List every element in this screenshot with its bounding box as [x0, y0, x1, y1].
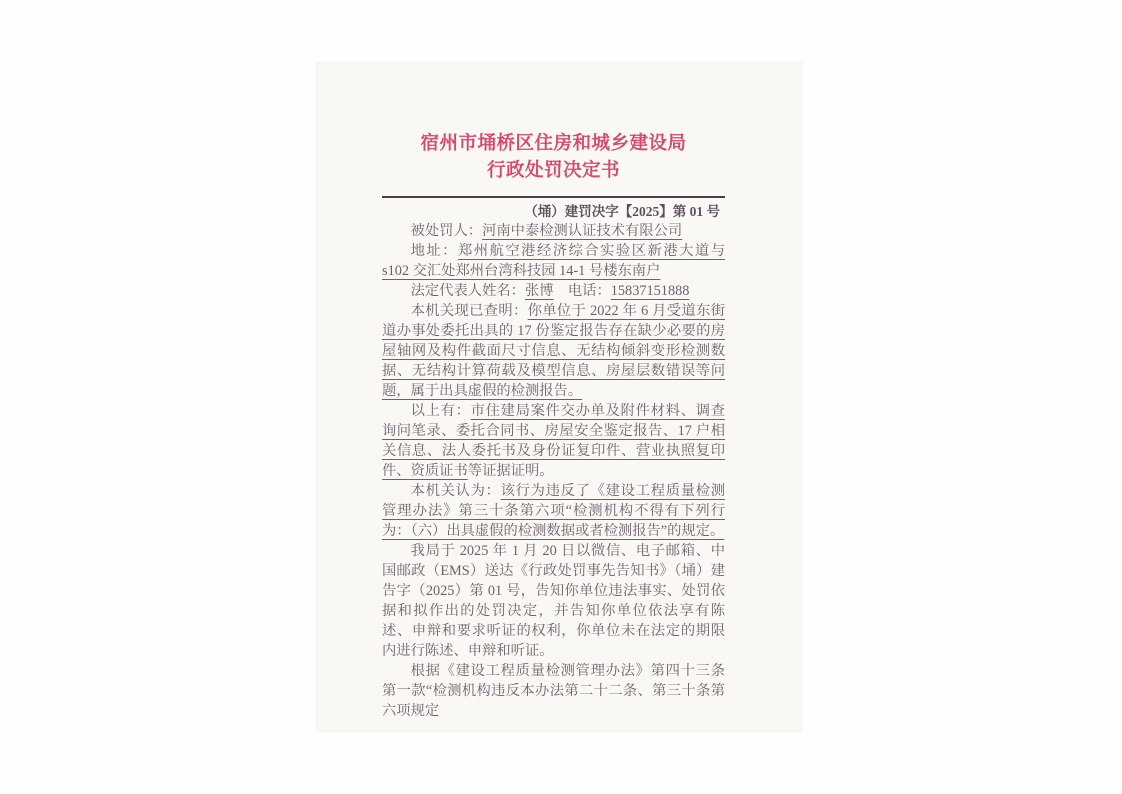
paragraph: 地址：郑州航空港经济综合实验区新港大道与 s102 交汇处郑州台湾科技园 14-… — [382, 241, 725, 281]
scan-canvas: 宿州市埇桥区住房和城乡建设局 行政处罚决定书 （埇）建罚决字【2025】第 01… — [0, 0, 1122, 794]
paragraph: 以上有：市住建局案件交办单及附件材料、调查询问笔录、委托合同书、房屋安全鉴定报告… — [382, 401, 725, 481]
document-page: 宿州市埇桥区住房和城乡建设局 行政处罚决定书 （埇）建罚决字【2025】第 01… — [316, 62, 802, 732]
document-number: （埇）建罚决字【2025】第 01 号 — [382, 203, 720, 221]
paragraph: 根据《建设工程质量检测管理办法》第四十三条第一款“检测机构违反本办法第二十二条、… — [382, 661, 725, 721]
plain-text: 法定代表人姓名： — [411, 283, 525, 299]
paragraph: 被处罚人：河南中泰检测认证技术有限公司 — [382, 221, 725, 241]
plain-text: 我局于 2025 年 1 月 20 日以微信、电子邮箱、中国邮政（EMS）送达《… — [382, 543, 725, 659]
underlined-text: 15837151888 — [611, 283, 690, 299]
plain-text: 根据《建设工程质量检测管理办法》第四十三条第一款“检测机构违反本办法第二十二条、… — [382, 663, 725, 719]
paragraph: 我局于 2025 年 1 月 20 日以微信、电子邮箱、中国邮政（EMS）送达《… — [382, 541, 725, 661]
plain-text: 地址： — [411, 243, 458, 259]
plain-text: 被处罚人： — [411, 223, 482, 239]
paragraph: 本机关认为：该行为违反了《建设工程质量检测管理办法》第三十条第六项“检测机构不得… — [382, 481, 725, 541]
header-separator-line — [382, 196, 725, 198]
paragraph: 本机关现已查明：你单位于 2022 年 6 月受道东街道办事处委托出具的 17 … — [382, 301, 725, 401]
plain-text: 等证据证明。 — [468, 463, 554, 479]
plain-text: 本机关现已查明： — [411, 303, 528, 319]
document-body: 被处罚人：河南中泰检测认证技术有限公司地址：郑州航空港经济综合实验区新港大道与 … — [382, 221, 725, 721]
paragraph: 法定代表人姓名：张博 电话：15837151888 — [382, 281, 725, 301]
plain-text: 电话： — [554, 283, 611, 299]
document-title-line1: 宿州市埇桥区住房和城乡建设局 — [382, 131, 725, 158]
underlined-text: 张博 — [525, 283, 554, 299]
plain-text: 以上有： — [411, 403, 471, 419]
plain-text: 本机关认为： — [411, 483, 501, 499]
underlined-text: 河南中泰检测认证技术有限公司 — [482, 223, 682, 239]
document-title-line2: 行政处罚决定书 — [382, 158, 725, 185]
document-header: 宿州市埇桥区住房和城乡建设局 行政处罚决定书 — [382, 131, 725, 185]
